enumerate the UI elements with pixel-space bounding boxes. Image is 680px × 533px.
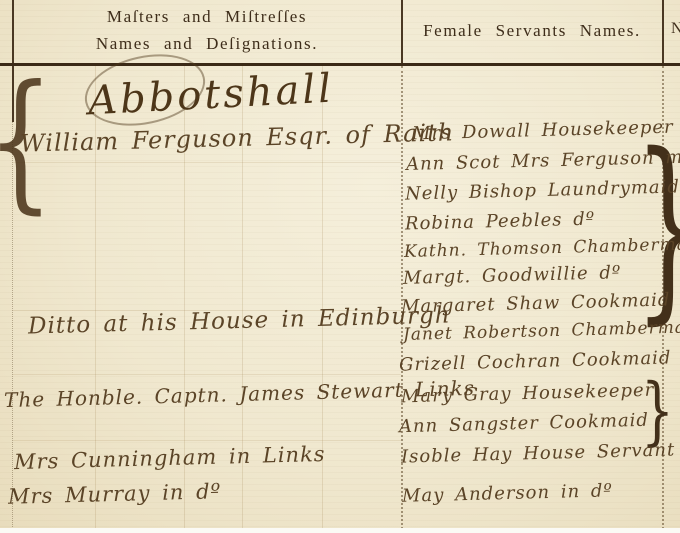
servant-entry: Margaret Shaw Cookmaid xyxy=(401,289,671,317)
ledger-page: Maſters and Miſtreſſes Names and Deſigna… xyxy=(0,0,680,533)
servant-entry: Margt. Goodwillie dº xyxy=(403,262,622,289)
servant-entry: Robina Peebles dº xyxy=(405,209,596,235)
servant-entry: Ann Sangster Cookmaid xyxy=(399,410,649,438)
servants-header-title: Female Servants Names. xyxy=(402,21,662,41)
masters-header: Maſters and Miſtreſſes Names and Deſigna… xyxy=(13,0,401,64)
next-column-partial-letter: N xyxy=(671,20,680,38)
masters-header-line1: Maſters and Miſtreſſes xyxy=(13,7,401,27)
right-column-line-header xyxy=(662,0,664,64)
servant-entry: Grizell Cochran Cookmaid xyxy=(399,347,672,375)
servant-entry: May Anderson in dº xyxy=(402,480,613,507)
servants-header: Female Servants Names. xyxy=(402,0,662,64)
master-entry: Mrs Cunningham in Links xyxy=(14,442,326,474)
masters-header-line2: Names and Deſignations. xyxy=(13,34,401,54)
feint-horizontal-line xyxy=(13,374,401,375)
page-bottom-edge xyxy=(0,528,680,533)
master-entry: Mrs Murray in dº xyxy=(8,479,222,509)
servant-entry: Isoble Hay House Servant xyxy=(401,439,676,467)
feint-horizontal-line xyxy=(13,162,401,163)
master-entry: William Ferguson Esqr. of Raith xyxy=(20,118,455,157)
feint-horizontal-line xyxy=(13,440,401,441)
master-entry: Ditto at his House in Edinburgh xyxy=(28,302,451,339)
